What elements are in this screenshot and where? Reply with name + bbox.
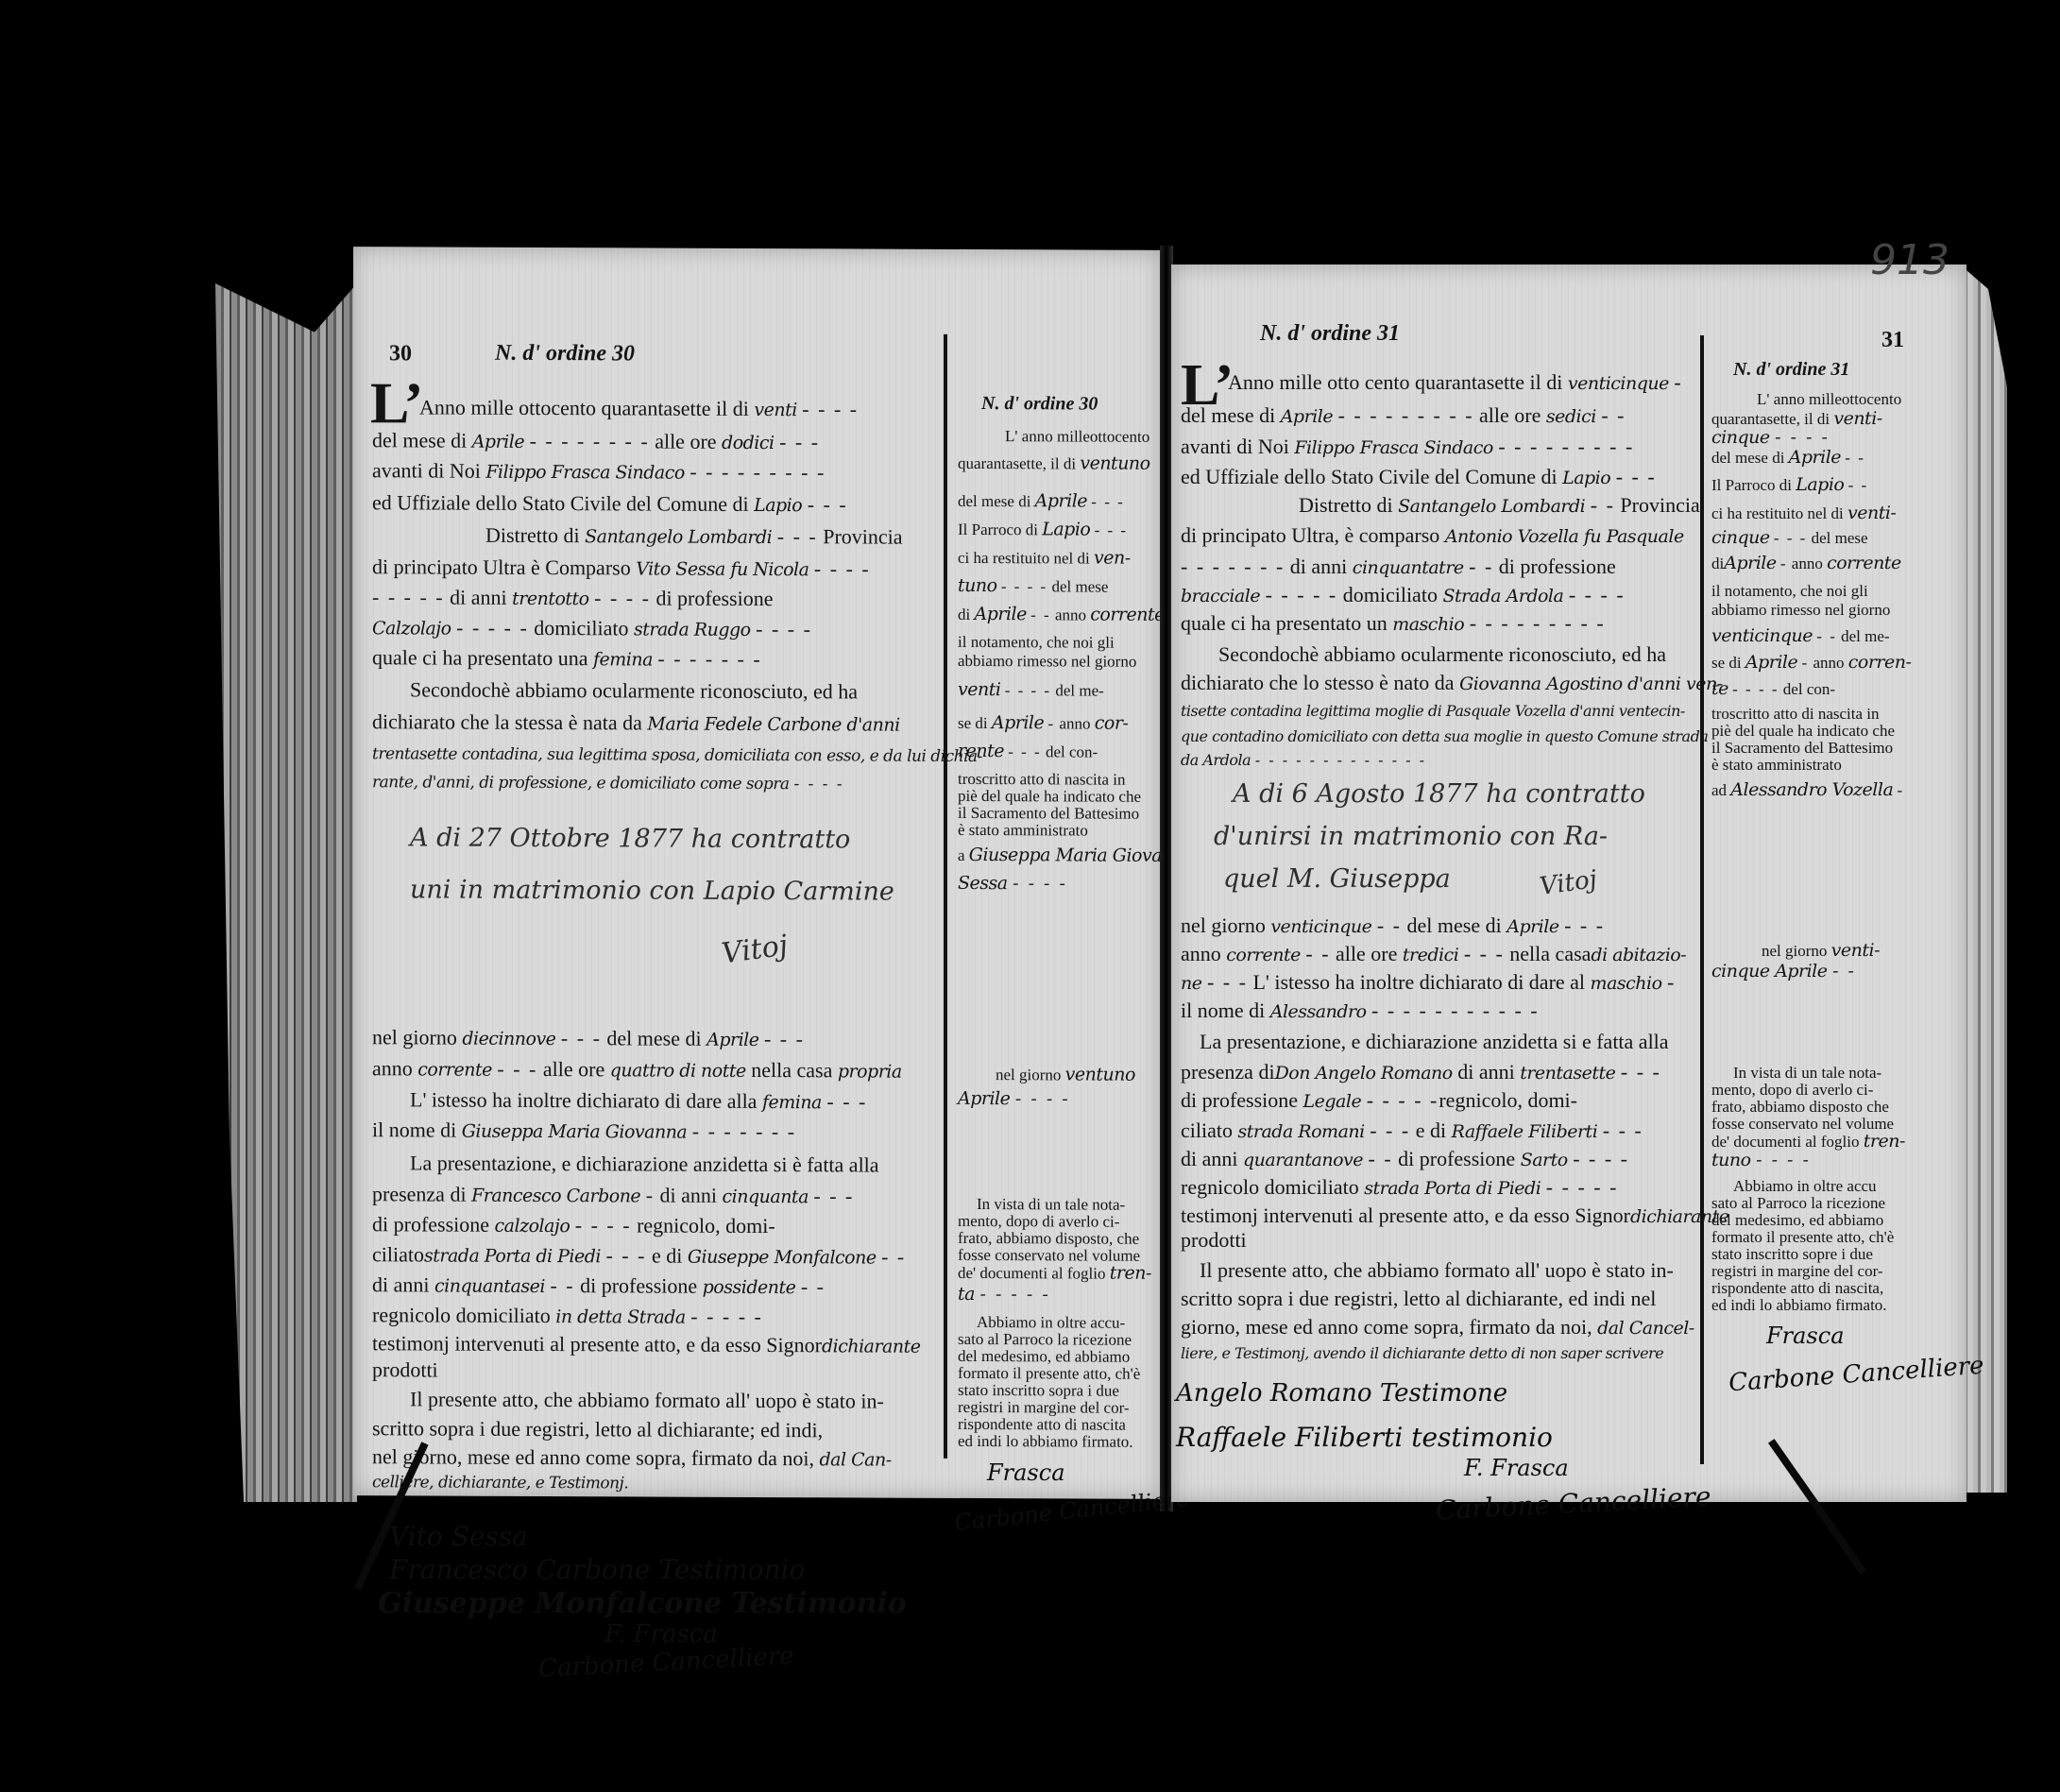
record-line: di principato Ultra, è comparso Antonio … [1181,521,1684,551]
record-line: Distretto di Santangelo Lombardi - - - P… [485,521,903,553]
record-line: dichiarato che la stessa è nata da Maria… [372,708,900,739]
record-line: il nome di Alessandro - - - - - - - - - … [1181,997,1540,1026]
margin-line: quarantasette, il di ventuno [958,452,1150,475]
closing-line: Il presente atto, che abbiamo formato al… [410,1385,884,1415]
signature-witness: Angelo Romano Testimone [1176,1379,1507,1408]
closing-line: giorno, mese ed anno come sopra, firmato… [1181,1313,1694,1342]
record-line: testimonj intervenuti al presente atto, … [372,1329,921,1361]
record-line: anno corrente - - - alle ore quattro di … [372,1054,902,1085]
signature-witness: Giuseppe Monfalcone Testimonio [378,1587,907,1620]
margin-line: diAprile - anno corrente [1711,553,1901,574]
margin-line: se di Aprile - anno cor- [958,712,1128,735]
record-line: Distretto di Santangelo Lombardi - - Pro… [1299,491,1700,521]
margin-line: tuno - - - - [1711,1150,1811,1170]
closing-line: scritto sopra i due registri, letto al d… [372,1414,823,1444]
page-number: 31 [1881,326,1904,354]
record-line: ciliatostrada Porta di Piedi - - - e di … [372,1240,906,1271]
margin-line: Il Parroco di Lapio - - - [958,519,1128,541]
signature-witness: Francesco Carbone Testimonio [389,1554,805,1585]
drop-cap: L’ [370,377,423,430]
record-line: ne - - - L' istesso ha inoltre dichiarat… [1181,968,1676,998]
margin-line: tuno - - - - del mese [958,575,1108,598]
mother-details: da Ardola - - - - - - - - - - - - - [1181,746,1426,775]
margin-signature-mayor: Frasca [987,1459,1065,1486]
margin-line: cinque - - - - [1711,427,1830,448]
record-line: bracciale - - - - - domiciliato Strada A… [1181,581,1626,610]
margin-line: del mese di Aprile - - [1711,447,1865,469]
record-header: N. d' ordine 30 [495,339,635,368]
margin-line: venti - - - - del me- [958,679,1104,702]
record-line: ciliato strada Romani - - - e di Raffael… [1181,1117,1643,1146]
record-line: prodotti [372,1356,438,1384]
margin-line: ci ha restituito nel di ven- [958,547,1131,570]
marriage-annotation: d'unirsi in matrimonio con Ra- [1214,822,1608,851]
record-line: Anno mille ottocento quarantasette il di… [419,393,859,424]
pencil-folio-number: 913 [1870,236,1949,284]
margin-line: L' anno milleottocento [1005,426,1149,448]
record-line: di professione calzolajo - - - - regnico… [372,1210,775,1241]
secondoche-line: Secondochè abbiamo ocularmente riconosci… [1218,640,1666,669]
margin-nel-giorno: nel giorno venti- [1762,940,1880,962]
signature-mayor: F. Frasca [1464,1455,1569,1481]
margin-signature-mayor: Frasca [1766,1323,1845,1349]
record-line: La presentazione, e dichiarazione anzide… [410,1149,879,1179]
record-line: avanti di Noi Filippo Frasca Sindaco - -… [1181,433,1634,462]
closing-line: scritto sopra i due registri, letto al d… [1181,1285,1656,1313]
record-line: il nome di Giuseppa Maria Giovanna - - -… [372,1116,796,1147]
marriage-annotation-signature: Vitoj [1538,865,1598,901]
margin-line: abbiamo rimesso nel giorno [958,651,1136,673]
record-line: avanti di Noi Filippo Frasca Sindaco - -… [372,456,826,487]
signature-witness: Raffaele Filiberti testimonio [1176,1422,1553,1453]
margin-line: L' anno milleottocento [1757,389,1901,410]
record-line: anno corrente - - alle ore tredici - - -… [1181,940,1686,969]
record-line: di professione Legale - - - - -regnicolo… [1181,1086,1577,1116]
book-page-edges-right [1960,265,2007,1493]
margin-record-header: N. d' ordine 31 [1733,359,1849,380]
margin-line: abbiamo rimesso nel giorno [1711,600,1890,621]
book-page-edges-left [215,283,357,1502]
margin-nel-giorno: cinque Aprile - - [1711,961,1856,981]
mother-details: trentasette contadina, sua legittima spo… [372,740,982,771]
margin-nel-giorno: Aprile - - - - [958,1088,1070,1110]
closing-hand: liere, e Testimonj, avendo il dichiarant… [1181,1340,1663,1368]
margin-line: del mese di Aprile - - - [958,490,1125,513]
signature-mayor: F. Frasca [604,1620,718,1648]
record-line: regnicolo domiciliato strada Porta di Pi… [1181,1173,1618,1203]
margin-nel-giorno: nel giorno ventuno [996,1064,1135,1086]
record-line: quale ci ha presentato un maschio - - - … [1181,609,1606,639]
record-line: presenza diDon Angelo Romano di anni tre… [1181,1058,1661,1087]
record-line: quale ci ha presentato una femina - - - … [372,643,762,674]
margin-line: ad Alessandro Vozella - [1711,779,1904,801]
record-line: ed Uffiziale dello Stato Civile del Comu… [1181,463,1657,492]
margin-line: de' documenti al foglio tren- [958,1262,1151,1285]
record-line: L' istesso ha inoltre dichiarato di dare… [410,1085,867,1117]
margin-line: è stato amministrato [1711,755,1842,776]
margin-line: di Aprile - - anno corrente [958,604,1165,626]
record-line: regnicolo domiciliato in detta Strada - … [372,1301,763,1332]
record-line: testimonj intervenuti al presente atto, … [1181,1202,1729,1231]
marriage-annotation-signature: Vitoj [720,929,790,970]
column-divider [1700,335,1704,1464]
column-divider [944,334,947,1459]
mother-details: tisette contadina legittima moglie di Pa… [1181,697,1685,725]
record-line: La presentazione, e dichiarazione anzide… [1200,1028,1669,1056]
record-line: del mese di Aprile - - - - - - - - - all… [1181,401,1626,431]
left-page: 30 N. d' ordine 30 L’ Anno mille ottocen… [353,247,1162,1499]
record-line: nel giorno venticinque - - del mese di A… [1181,912,1605,941]
margin-line: cinque - - - del mese [1711,527,1868,549]
margin-line: ta - - - - - [958,1284,1050,1305]
right-page: 913 31 N. d' ordine 31 L’ Anno mille ott… [1171,265,1966,1502]
page-number: 30 [389,339,412,367]
secondoche-line: Secondochè abbiamo ocularmente riconosci… [410,675,858,706]
margin-line: ci ha restituito nel di venti- [1711,503,1896,524]
record-line: Calzolajo - - - - - domiciliato strada R… [372,613,812,644]
margin-line: a Giuseppa Maria Giovanna [958,845,1194,867]
record-line: - - - - - - - di anni cinquantatre - - d… [1181,553,1616,582]
margin-line: Sessa - - - - [958,873,1067,895]
record-line: di anni cinquantasei - - di professione … [372,1271,826,1302]
record-line: ed Uffiziale dello Stato Civile del Comu… [372,488,848,520]
record-line: del mese di Aprile - - - - - - - - alle … [372,426,820,457]
margin-line: Il Parroco di Lapio - - [1711,474,1868,496]
mother-details: rante, d'anni, di professione, e domicil… [372,768,844,798]
margin-line: il notamento, che noi gli [1711,581,1868,602]
record-line: - - - - - di anni trentotto - - - - di p… [372,583,773,614]
signature-chancellor: Carbone Cancelliere [537,1642,794,1683]
closing-line: Il presente atto, che abbiamo formato al… [1200,1256,1674,1285]
margin-line: te - - - - del con- [1711,678,1835,700]
record-line: nel giorno diecinnove - - - del mese di … [372,1023,805,1054]
record-line: dichiarato che lo stesso è nato da Giova… [1181,669,1723,698]
record-header: N. d' ordine 31 [1260,319,1400,348]
record-line: Anno mille otto cento quarantasette il d… [1228,368,1683,398]
margin-line: è stato amministrato [958,820,1088,842]
record-line: di anni quarantanove - - di professione … [1181,1145,1629,1174]
margin-line: ed indi lo abbiamo firmato. [958,1431,1133,1453]
marriage-annotation: uni in matrimonio con Lapio Carmine [410,875,894,906]
record-line: prodotti [1181,1226,1247,1254]
marriage-annotation: A di 6 Agosto 1877 ha contratto [1233,779,1645,809]
signature-declarant: Vito Sessa [389,1521,528,1552]
record-line: presenza di Francesco Carbone - di anni … [372,1180,854,1211]
margin-line: se di Aprile - anno corren- [1711,652,1911,674]
margin-record-header: N. d' ordine 30 [981,393,1098,415]
record-line: di principato Ultra è Comparso Vito Sess… [372,553,871,584]
margin-line: ed indi lo abbiamo firmato. [1711,1295,1887,1316]
margin-line: venticinque - - del me- [1711,625,1890,647]
margin-record-30: N. d' ordine 30 L' anno milleottocento q… [353,247,1162,250]
marriage-annotation: quel M. Giuseppa [1223,864,1451,894]
margin-line: rente - - - del con- [958,741,1098,763]
marriage-annotation: A di 27 Ottobre 1877 ha contratto [410,823,850,854]
main-record-30: L’ Anno mille ottocento quarantasette il… [353,247,1162,250]
